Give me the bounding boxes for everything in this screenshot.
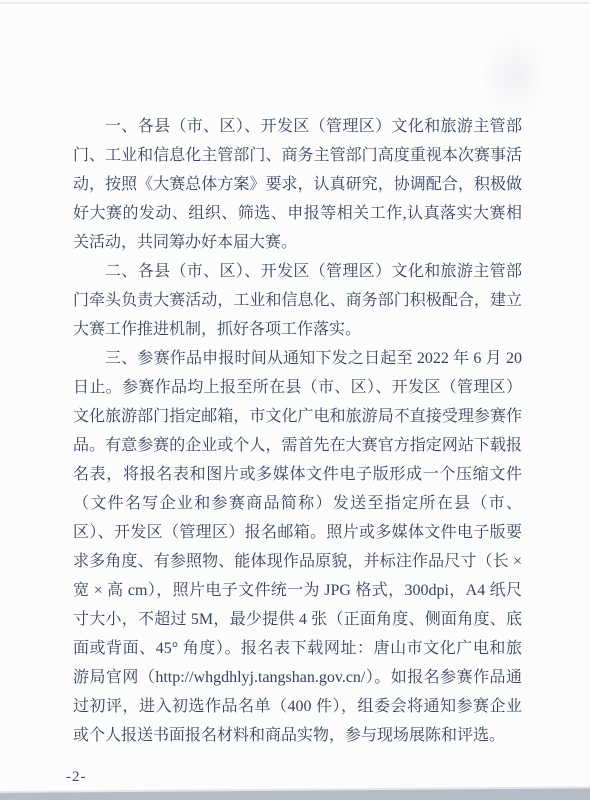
page-number: -2-	[66, 769, 87, 786]
paragraph-3: 三、参赛作品申报时间从通知下发之日起至 2022 年 6 月 20 日止。参赛作…	[73, 344, 522, 750]
paragraph-2: 二、各县（市、区）、开发区（管理区）文化和旅游主管部门牵头负责大赛活动，工业和信…	[73, 257, 522, 344]
paragraph-1: 一、各县（市、区）、开发区（管理区）文化和旅游主管部门、工业和信息化主管部门、商…	[73, 112, 522, 257]
scan-artifact-top-line	[0, 2, 590, 4]
document-body: 一、各县（市、区）、开发区（管理区）文化和旅游主管部门、工业和信息化主管部门、商…	[73, 112, 522, 750]
paper-smudge	[480, 30, 550, 120]
